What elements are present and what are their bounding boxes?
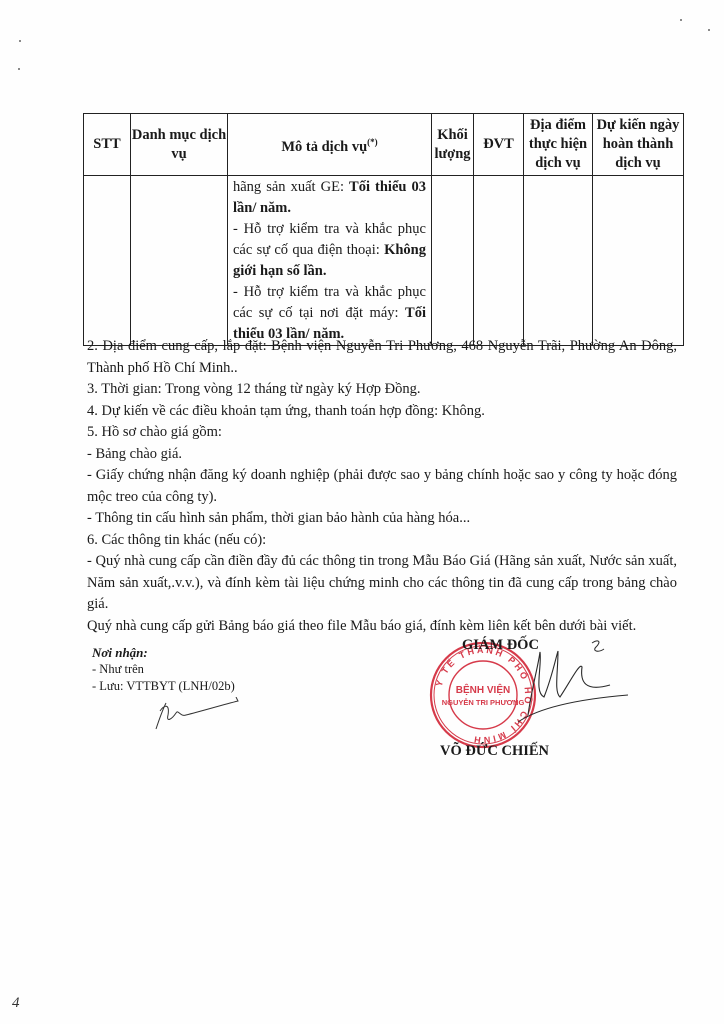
closing-note: Quý nhà cung cấp gửi Bảng báo giá theo f… [87,616,677,638]
section-delivery-location: 2. Địa điểm cung cấp, lắp đặt: Bệnh viện… [87,336,677,379]
col-header-unit: ĐVT [474,114,524,176]
scan-speck [708,29,710,31]
scan-speck [19,40,21,42]
scan-speck [680,19,682,21]
col-header-description: Mô tả dịch vụ(*) [228,114,432,176]
other-info-item: - Quý nhà cung cấp cần điền đầy đủ các t… [87,551,677,616]
desc-text: - Hỗ trợ kiểm tra và khắc phục các sự cố… [233,284,426,321]
recipient-item: - Như trên [92,661,252,678]
recipients-title: Nơi nhận: [92,644,252,661]
recipient-item: - Lưu: VTTBYT (LNH/02b) [92,678,252,695]
quote-doc-item: - Thông tin cấu hình sản phẩm, thời gian… [87,508,677,530]
quote-doc-item: - Bảng chào giá. [87,444,677,466]
section-other-info: 6. Các thông tin khác (nếu có): [87,530,677,552]
cell-completion [593,176,684,346]
scan-speck [18,68,20,70]
quote-doc-item: - Giấy chứng nhận đăng ký doanh nghiệp (… [87,465,677,508]
director-signature-icon [470,637,630,727]
page-number: 4 [12,995,20,1012]
cell-category [131,176,228,346]
signer-name: VÕ ĐỨC CHIẾN [440,743,549,760]
col-header-category: Danh mục dịch vụ [131,114,228,176]
recipients-block: Nơi nhận: - Như trên - Lưu: VTTBYT (LNH/… [92,644,252,742]
col-header-location: Địa điểm thực hiện dịch vụ [524,114,593,176]
body-sections: 2. Địa điểm cung cấp, lắp đặt: Bệnh viện… [87,336,677,637]
col-header-completion: Dự kiến ngày hoàn thành dịch vụ [593,114,684,176]
cell-location [524,176,593,346]
section-quote-docs: 5. Hồ sơ chào giá gồm: [87,422,677,444]
desc-text: hãng sản xuất GE: [233,179,349,195]
cell-unit [474,176,524,346]
cell-stt [84,176,131,346]
section-payment-terms: 4. Dự kiến về các điều khoản tạm ứng, th… [87,401,677,423]
service-table: STT Danh mục dịch vụ Mô tả dịch vụ(*) Kh… [83,113,684,346]
document-page: STT Danh mục dịch vụ Mô tả dịch vụ(*) Kh… [0,0,724,1024]
cell-description: hãng sản xuất GE: Tối thiểu 03 lần/ năm.… [228,176,432,346]
col-header-stt: STT [84,114,131,176]
initials-signature-icon [142,697,252,737]
section-time: 3. Thời gian: Trong vòng 12 tháng từ ngà… [87,379,677,401]
table-row: hãng sản xuất GE: Tối thiểu 03 lần/ năm.… [84,176,684,346]
col-header-quantity: Khối lượng [432,114,474,176]
table-header-row: STT Danh mục dịch vụ Mô tả dịch vụ(*) Kh… [84,114,684,176]
cell-quantity [432,176,474,346]
